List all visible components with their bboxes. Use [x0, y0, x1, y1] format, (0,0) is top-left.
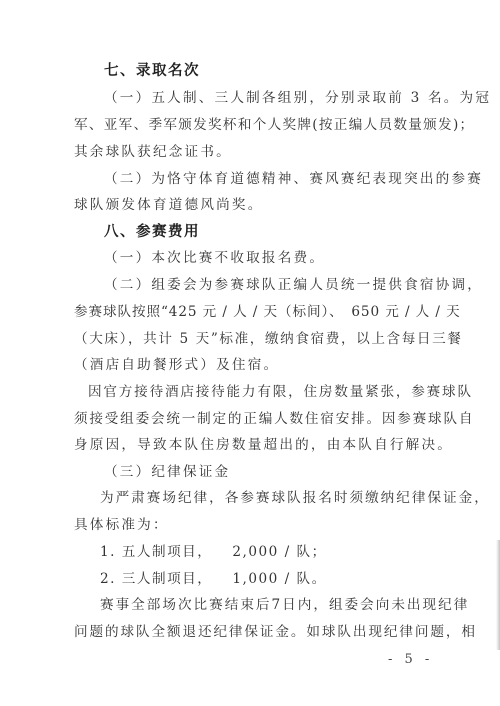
paragraph-line: 具体标准为： [74, 516, 169, 534]
paragraph-line: （一）本次比赛不收取报名费。 [104, 249, 325, 267]
page-number: - 5 - [388, 652, 433, 667]
paragraph-line: （二）组委会为参赛球队正编人员统一提供食宿协调， [104, 276, 483, 294]
section-heading-ranking: 七、录取名次 [104, 62, 200, 80]
paragraph-line: 球队颁发体育道德风尚奖。 [74, 196, 264, 214]
deposit-item-label: 2. 三人制项目， [100, 571, 212, 587]
deposit-item-amount: 2,000 / 队； [232, 543, 326, 561]
paragraph-line: 因官方接待酒店接待能力有限，住房数量紧张，参赛球队 [88, 383, 473, 401]
paragraph-line: （酒店自助餐形式）及住宿。 [74, 356, 279, 374]
section-heading-fees: 八、参赛费用 [104, 223, 200, 241]
paragraph-line: （二）为恪守体育道德精神、赛风赛纪表现突出的参赛 [104, 170, 483, 188]
page-edge-shadow [496, 540, 500, 650]
paragraph-line: （一）五人制、三人制各组别，分别录取前 3 名。为冠 [104, 89, 491, 107]
paragraph-line: （大床），共计 5 天”标准，缴纳食宿费，以上含每日三餐 [74, 330, 463, 348]
paragraph-line: 其余球队获纪念证书。 [74, 143, 232, 161]
deposit-item-label: 1. 五人制项目， [100, 544, 212, 560]
deposit-item: 1. 五人制项目，2,000 / 队； [100, 543, 327, 561]
subsection-heading-deposit: （三）纪律保证金 [104, 463, 230, 481]
paragraph-line: 赛事全部场次比赛结束后7日内，组委会向未出现纪律 [100, 596, 469, 614]
paragraph-line: 问题的球队全额退还纪律保证金。如球队出现纪律问题，相 [74, 623, 477, 641]
deposit-item: 2. 三人制项目，1,000 / 队。 [100, 570, 327, 588]
paragraph-line: 为严肃赛场纪律，各参赛球队报名时须缴纳纪律保证金， [100, 489, 490, 507]
paragraph-line: 军、亚军、季军颁发奖杯和个人奖牌(按正编人员数量颁发)； [74, 116, 474, 134]
paragraph-line: 身原因，导致本队住房数量超出的，由本队自行解决。 [74, 436, 453, 454]
paragraph-line: 须接受组委会统一制定的正编人数住宿安排。因参赛球队自 [74, 410, 474, 428]
paragraph-line: 参赛球队按照“425 元 / 人 / 天（标间）、 650 元 / 人 / 天 [74, 303, 461, 321]
deposit-item-amount: 1,000 / 队。 [232, 570, 326, 588]
document-page: 七、录取名次 （一）五人制、三人制各组别，分别录取前 3 名。为冠 军、亚军、季… [0, 0, 500, 706]
